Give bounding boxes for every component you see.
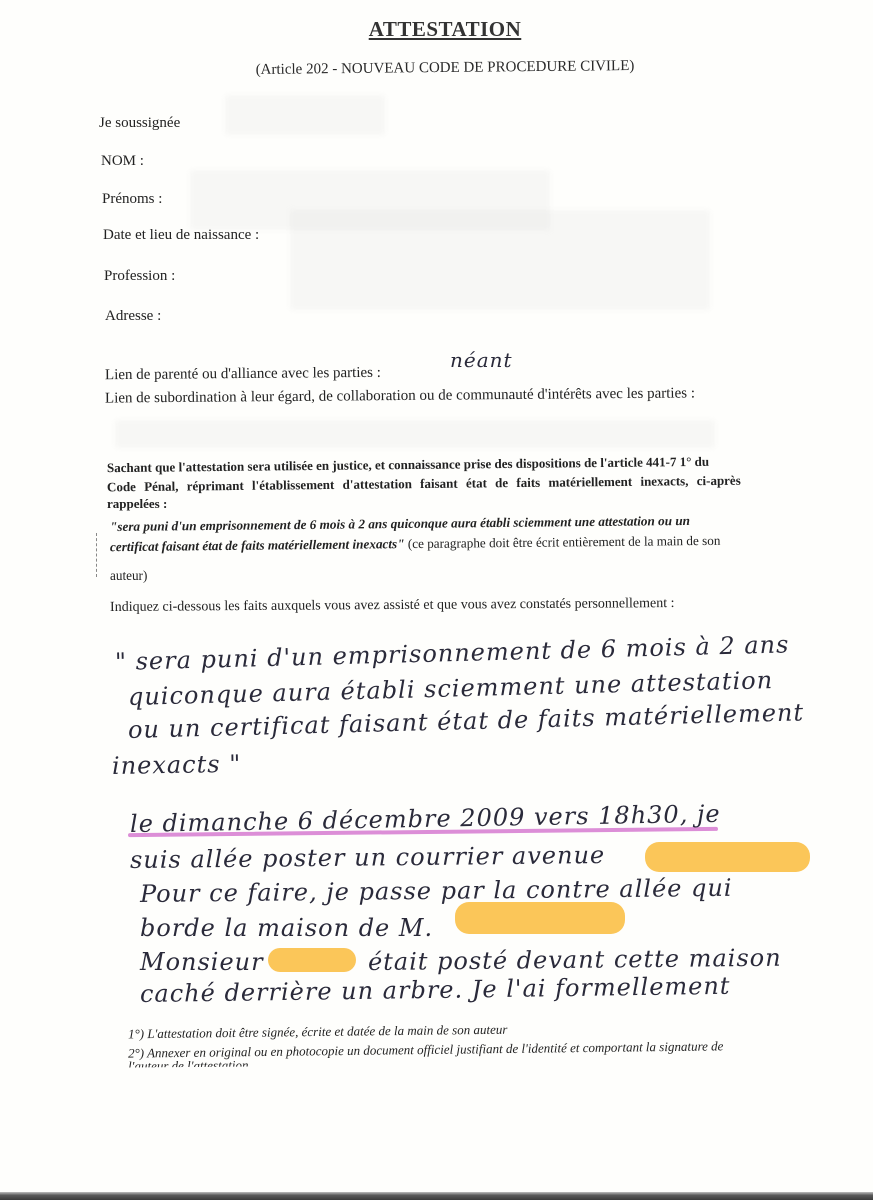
field-prenoms: Prénoms :: [102, 191, 162, 208]
statement-line-2: suis allée poster un courrier avenue: [130, 841, 605, 874]
handwritten-quote-line-4: inexacts ": [112, 750, 242, 780]
parente-label: Lien de parenté ou d'alliance avec les p…: [105, 365, 381, 384]
scan-bottom-edge: [0, 1192, 873, 1200]
quote-line-1: "sera puni d'un emprisonnement de 6 mois…: [110, 513, 690, 535]
redacted-birth-profession: [290, 210, 710, 310]
statement-line-1: le dimanche 6 décembre 2009 vers 18h30, …: [130, 800, 721, 838]
sachant-line-2: Code Pénal, réprimant l'établissement d'…: [107, 473, 741, 496]
field-profession: Profession :: [104, 268, 175, 285]
footnote-3: l'auteur de l'attestation: [128, 1057, 248, 1067]
quote-line-2-italic: certificat faisant état de faits matérie…: [110, 536, 405, 554]
subordination-label: Lien de subordination à leur égard, de c…: [105, 385, 695, 407]
sachant-line-1: Sachant que l'attestation sera utilisée …: [107, 454, 709, 476]
statement-line-6: caché derrière un arbre. Je l'ai formell…: [140, 972, 731, 1008]
document-title: ATTESTATION: [0, 17, 873, 42]
document-page: ATTESTATION (Article 202 - NOUVEAU CODE …: [0, 0, 873, 1196]
sachant-line-3: rappelées :: [107, 496, 167, 512]
redaction-name-1: [455, 902, 625, 934]
quote-bracket: [96, 533, 99, 577]
quote-line-2: certificat faisant état de faits matérie…: [110, 533, 721, 555]
quote-line-2-rest: (ce paragraphe doit être écrit entièreme…: [404, 533, 720, 551]
redacted-subordination: [115, 420, 715, 448]
statement-line-3: Pour ce faire, je passe par la contre al…: [140, 874, 733, 908]
field-nom: NOM :: [101, 153, 144, 170]
redacted-soussigne: [225, 95, 385, 135]
statement-line-5: Monsieur: [140, 948, 264, 976]
redaction-name-2: [268, 948, 356, 972]
document-subtitle: (Article 202 - NOUVEAU CODE DE PROCEDURE…: [0, 55, 873, 81]
redaction-street: [645, 842, 810, 872]
quote-line-3: auteur): [110, 568, 147, 584]
field-adresse: Adresse :: [105, 308, 161, 325]
statement-line-4: borde la maison de M.: [140, 914, 433, 942]
field-soussigne: Je soussignée: [99, 115, 180, 132]
parente-value: néant: [450, 348, 513, 372]
footnote-1: 1°) L'attestation doit être signée, écri…: [128, 1022, 508, 1043]
indiquez-label: Indiquez ci-dessous les faits auxquels v…: [110, 596, 675, 616]
